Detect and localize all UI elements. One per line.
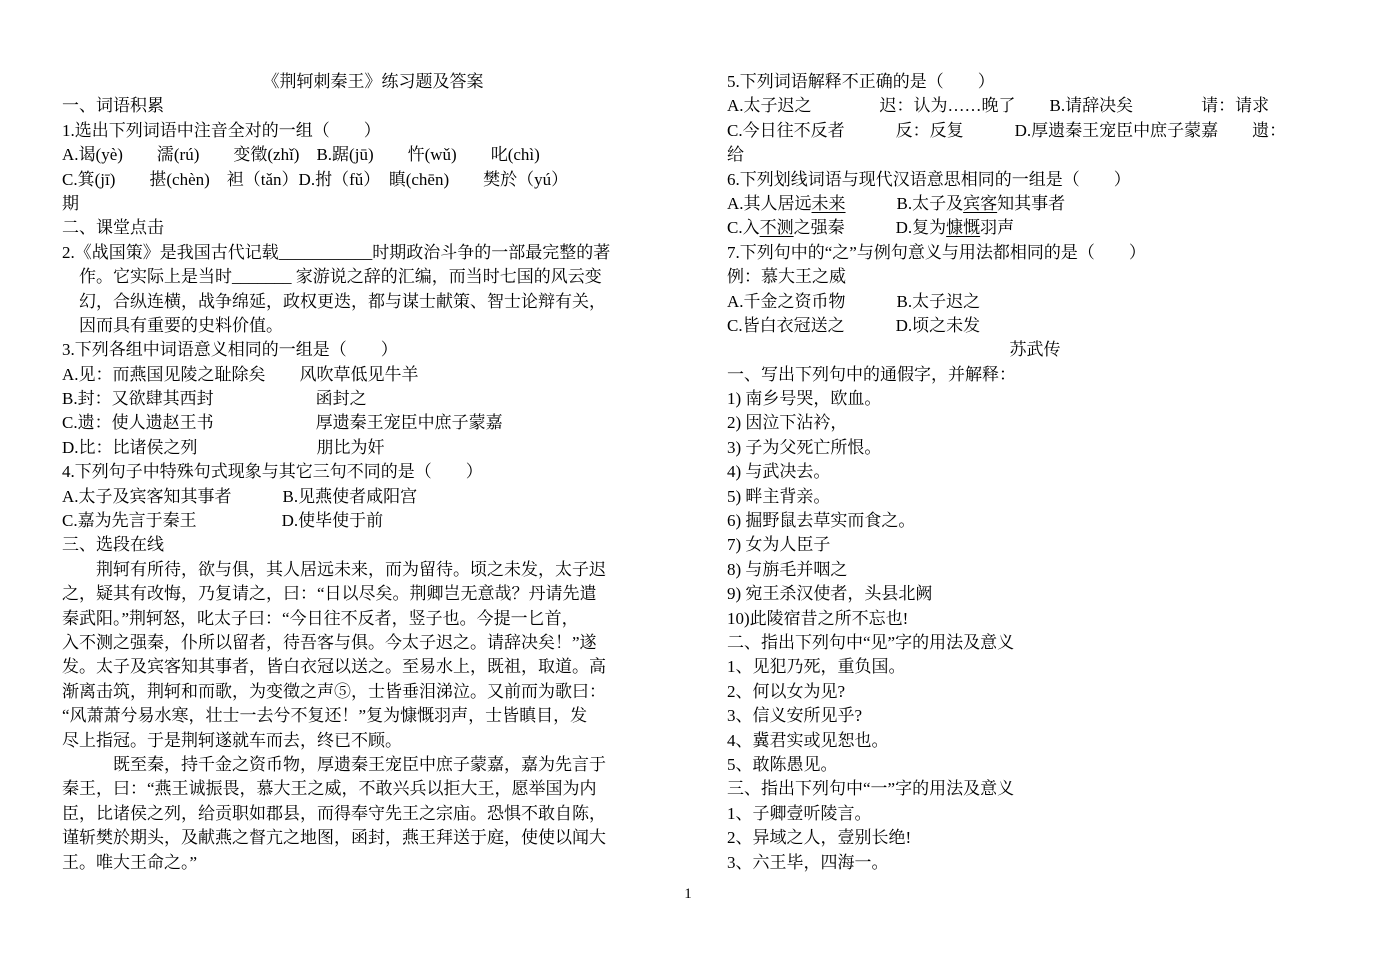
text-line: 3) 子为父死亡所恨。 <box>727 436 1343 460</box>
text-segment: C.入 <box>727 218 760 237</box>
text-line: 7) 女为人臣子 <box>727 533 1343 557</box>
text-line: 1.选出下列词语中注音全对的一组（ ） <box>62 119 684 143</box>
text-line: 9) 宛王杀汉使者，头县北阙 <box>727 582 1343 606</box>
text-line: 例：慕大王之威 <box>727 265 1343 289</box>
text-line: A.千金之资币物 B.太子迟之 <box>727 290 1343 314</box>
text-line: 5、敢陈愚见。 <box>727 753 1343 777</box>
text-line: A.太子及宾客知其事者 B.见燕使者咸阳宫 <box>62 485 684 509</box>
left-column: 《荆轲刺秦王》练习题及答案一、词语积累1.选出下列词语中注音全对的一组（ ）A.… <box>62 70 684 875</box>
text-line: 2) 因泣下沾衿， <box>727 411 1343 435</box>
text-line: 10)此陵宿昔之所不忘也! <box>727 607 1343 631</box>
text-line: 因而具有重要的史料价值。 <box>62 314 684 338</box>
text-line: 尽上指冠。于是荆轲遂就车而去，终已不顾。 <box>62 729 684 753</box>
text-line: 3.下列各组中词语意义相同的一组是（ ） <box>62 338 684 362</box>
text-segment: 羽声 <box>980 218 1014 237</box>
underlined-term: 不测 <box>760 218 794 237</box>
text-line: 7.下列句中的“之”与例句意义与用法都相同的是（ ） <box>727 241 1343 265</box>
underlined-term: 未来 <box>812 194 846 213</box>
text-line: 2、异域之人，壹别长绝! <box>727 826 1343 850</box>
text-line: A.其人居远未来 B.太子及宾客知其事者 <box>727 192 1343 216</box>
right-column: 5.下列词语解释不正确的是（ ）A.太子迟之 迟：认为……晚了 B.请辞决矣 请… <box>727 70 1343 875</box>
text-line: 三、指出下列句中“一”字的用法及意义 <box>727 777 1343 801</box>
text-line: A.太子迟之 迟：认为……晚了 B.请辞决矣 请：请求 <box>727 94 1343 118</box>
text-line: 王。唯大王命之。” <box>62 851 684 875</box>
text-line: 一、写出下列句中的通假字，并解释： <box>727 363 1343 387</box>
text-line: 2.《战国策》是我国古代记载___________时期政治斗争的一部最完整的著 <box>62 241 684 265</box>
text-line: 给 <box>727 143 1343 167</box>
text-line: C.嘉为先言于秦王 D.使毕使于前 <box>62 509 684 533</box>
text-line: 1、子卿壹听陵言。 <box>727 802 1343 826</box>
text-segment: A.其人居远 <box>727 194 812 213</box>
text-line: C.皆白衣冠送之 D.顷之未发 <box>727 314 1343 338</box>
text-line: 之，疑其有改悔，乃复请之，曰：“日以尽矣。荆卿岂无意哉？丹请先遣 <box>62 582 684 606</box>
text-line: 荆轲有所待，欲与俱，其人居远未来，而为留待。顷之未发，太子迟 <box>62 558 684 582</box>
text-line: 渐离击筑，荆轲和而歌，为变徵之声⑤，士皆垂泪涕泣。又前而为歌曰： <box>62 680 684 704</box>
text-line: 幻，合纵连横，战争绵延，政权更迭，都与谋士献策、智士论辩有关， <box>62 290 684 314</box>
text-line: C.今日往不反者 反：反复 D.厚遗秦王宠臣中庶子蒙嘉 遗： <box>727 119 1343 143</box>
text-line: A.谒(yè) 濡(rú) 变徵(zhǐ) B.踞(jū) 忤(wǔ) 叱(ch… <box>62 143 684 167</box>
text-line: 3、六王毕，四海一。 <box>727 851 1343 875</box>
text-line: C.箕(jī) 揕(chèn) 袒（tǎn）D.拊（fǔ） 瞋(chēn) 樊於… <box>62 168 684 192</box>
text-line: A.见：而燕国见陵之耻除矣 风吹草低见牛羊 <box>62 363 684 387</box>
text-line: 入不测之强秦，仆所以留者，待吾客与俱。今太子迟之。请辞决矣！”遂 <box>62 631 684 655</box>
text-line: 1、见犯乃死，重负国。 <box>727 655 1343 679</box>
text-segment: 之强秦 D.复为 <box>794 218 947 237</box>
text-line: C.入不测之强秦 D.复为慷慨羽声 <box>727 216 1343 240</box>
text-line: 苏武传 <box>727 338 1343 362</box>
text-line: 发。太子及宾客知其事者，皆白衣冠以送之。至易水上，既祖，取道。高 <box>62 655 684 679</box>
text-line: 二、指出下列句中“见”字的用法及意义 <box>727 631 1343 655</box>
text-line: 5.下列词语解释不正确的是（ ） <box>727 70 1343 94</box>
text-line: 4) 与武决去。 <box>727 460 1343 484</box>
text-line: 臣，比诸侯之列，给贡职如郡县，而得奉守先王之宗庙。恐惧不敢自陈， <box>62 802 684 826</box>
text-line: 2、何以女为见? <box>727 680 1343 704</box>
text-line: 三、选段在线 <box>62 533 684 557</box>
text-line: D.比：比诸侯之列 朋比为奸 <box>62 436 684 460</box>
text-line: 4.下列句子中特殊句式现象与其它三句不同的是（ ） <box>62 460 684 484</box>
text-line: 1) 南乡号哭，欧血。 <box>727 387 1343 411</box>
text-line: 二、课堂点击 <box>62 216 684 240</box>
text-line: 8) 与旃毛并咽之 <box>727 558 1343 582</box>
text-line: 既至秦，持千金之资币物，厚遗秦王宠臣中庶子蒙嘉，嘉为先言于 <box>62 753 684 777</box>
text-line: 6.下列划线词语与现代汉语意思相同的一组是（ ） <box>727 168 1343 192</box>
text-line: 一、词语积累 <box>62 94 684 118</box>
text-line: 秦武阳。”荆轲怒，叱太子曰：“今日往不反者，竖子也。今提一匕首， <box>62 607 684 631</box>
underlined-term: 宾客 <box>963 194 997 213</box>
text-line: “风萧萧兮易水寒，壮士一去兮不复还！”复为慷慨羽声，士皆瞋目，发 <box>62 704 684 728</box>
underlined-term: 慷慨 <box>946 218 980 237</box>
text-line: 5) 畔主背亲。 <box>727 485 1343 509</box>
text-line: 6) 掘野鼠去草实而食之。 <box>727 509 1343 533</box>
text-segment: 知其事者 <box>997 194 1065 213</box>
page-number: 1 <box>0 884 1376 904</box>
text-line: 期 <box>62 192 684 216</box>
text-segment: B.太子及 <box>846 194 964 213</box>
text-line: B.封：又欲肆其西封 函封之 <box>62 387 684 411</box>
text-line: 谨斩樊於期头，及献燕之督亢之地图，函封，燕王拜送于庭，使使以闻大 <box>62 826 684 850</box>
text-line: 3、信义安所见乎? <box>727 704 1343 728</box>
text-line: 4、冀君实或见恕也。 <box>727 729 1343 753</box>
text-line: 《荆轲刺秦王》练习题及答案 <box>62 70 684 94</box>
text-line: C.遗：使人遗赵王书 厚遗秦王宠臣中庶子蒙嘉 <box>62 411 684 435</box>
text-line: 作。它实际上是当时_______ 家游说之辞的汇编，而当时七国的风云变 <box>62 265 684 289</box>
document-page: 《荆轲刺秦王》练习题及答案一、词语积累1.选出下列词语中注音全对的一组（ ）A.… <box>0 0 1376 972</box>
text-line: 秦王，曰：“燕王诚振畏，慕大王之威，不敢兴兵以拒大王，愿举国为内 <box>62 777 684 801</box>
